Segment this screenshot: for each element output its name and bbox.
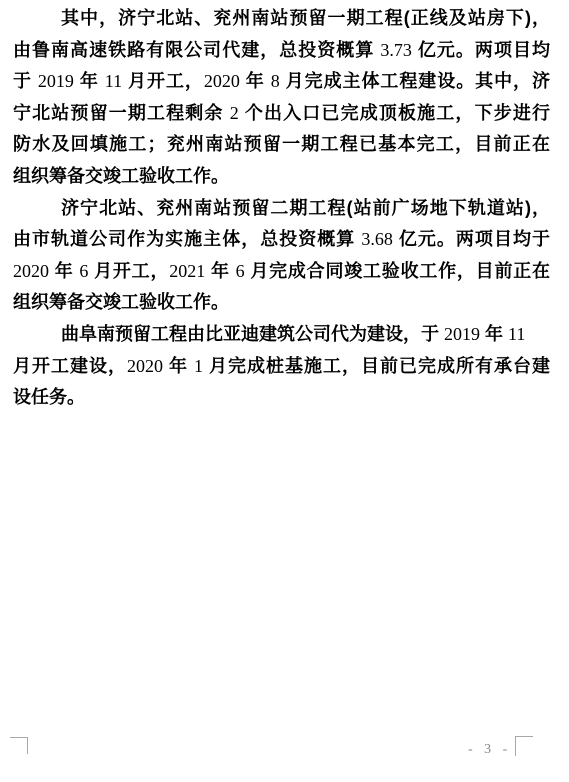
text-line: 组织筹备交竣工验收工作。 (13, 161, 550, 193)
text-line: 其中，济宁北站、兖州南站预留一期工程(正线及站房下)， (13, 3, 550, 35)
page-number: - 3 - (468, 742, 510, 758)
text-line: 月开工建设，2020 年 1 月完成桩基施工，目前已完成所有承台建 (13, 351, 550, 383)
text-line: 由市轨道公司作为实施主体，总投资概算 3.68 亿元。两项目均于 (13, 224, 550, 256)
document-body: 其中，济宁北站、兖州南站预留一期工程(正线及站房下)， 由鲁南高速铁路有限公司代… (13, 3, 550, 414)
paragraph: 其中，济宁北站、兖州南站预留一期工程(正线及站房下)， 由鲁南高速铁路有限公司代… (13, 3, 550, 193)
text-line: 防水及回填施工；兖州南站预留一期工程已基本完工，目前正在 (13, 129, 550, 161)
text-line: 由鲁南高速铁路有限公司代建，总投资概算 3.73 亿元。两项目均 (13, 35, 550, 67)
crop-mark-bottom-right-icon (515, 736, 533, 756)
paragraph: 济宁北站、兖州南站预留二期工程(站前广场地下轨道站)， 由市轨道公司作为实施主体… (13, 193, 550, 319)
text-line: 曲阜南预留工程由比亚迪建筑公司代为建设，于 2019 年 11 (13, 319, 550, 351)
paragraph: 曲阜南预留工程由比亚迪建筑公司代为建设，于 2019 年 11 月开工建设，20… (13, 319, 550, 414)
crop-mark-bottom-left-icon (10, 737, 28, 754)
text-line: 组织筹备交竣工验收工作。 (13, 287, 550, 319)
text-line: 2020 年 6 月开工，2021 年 6 月完成合同竣工验收工作，目前正在 (13, 256, 550, 288)
text-line: 宁北站预留一期工程剩余 2 个出入口已完成顶板施工，下步进行 (13, 98, 550, 130)
text-line: 济宁北站、兖州南站预留二期工程(站前广场地下轨道站)， (13, 193, 550, 225)
text-line: 于 2019 年 11 月开工，2020 年 8 月完成主体工程建设。其中，济 (13, 66, 550, 98)
document-page: 其中，济宁北站、兖州南站预留一期工程(正线及站房下)， 由鲁南高速铁路有限公司代… (0, 0, 569, 782)
text-line: 设任务。 (13, 382, 550, 414)
